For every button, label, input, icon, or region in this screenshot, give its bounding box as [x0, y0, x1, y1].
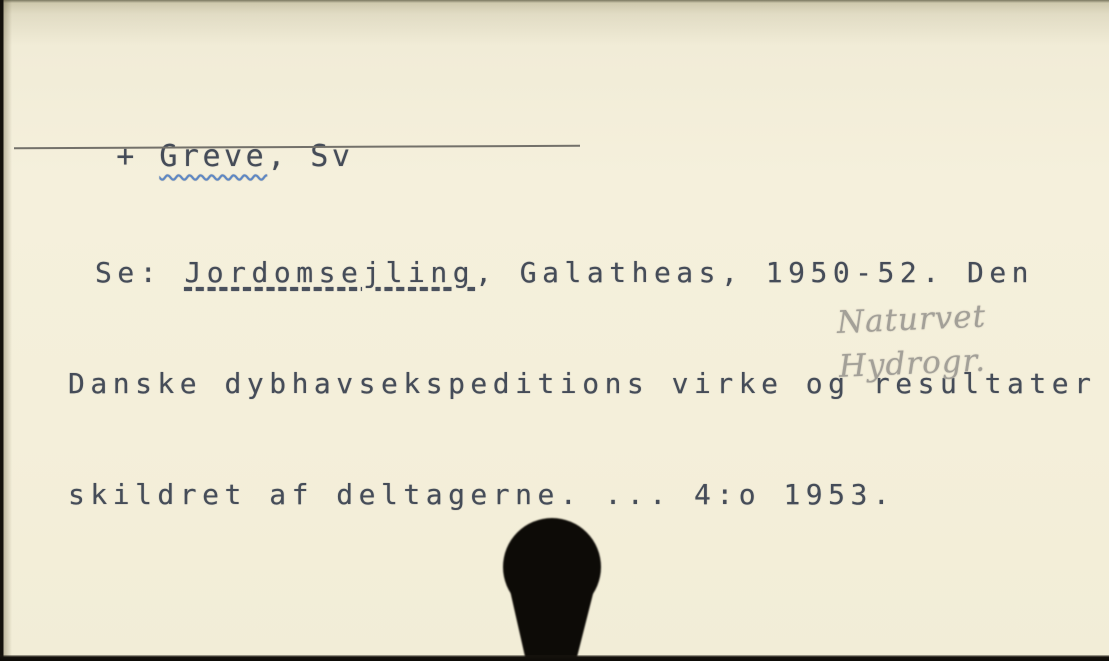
card-bottom-edge: [0, 655, 1109, 661]
catalog-card: + Greve, Sv Se: Jordomsejling, Galatheas…: [0, 0, 1109, 661]
keyhole-punch-hole: [0, 0, 1109, 661]
